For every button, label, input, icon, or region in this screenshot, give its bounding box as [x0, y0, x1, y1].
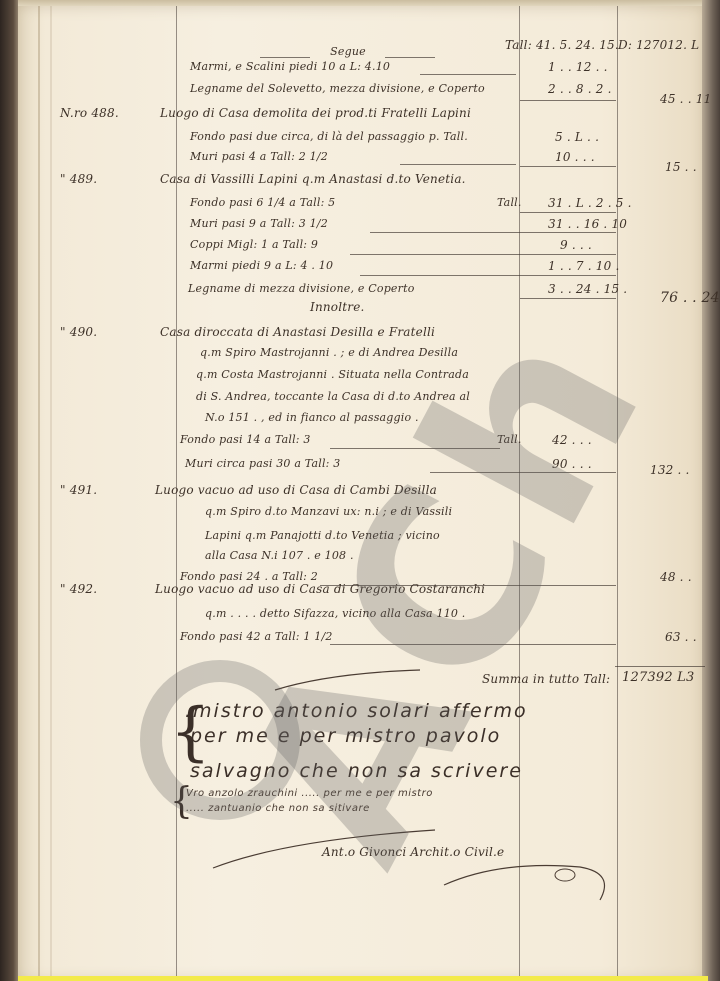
attestation-line: per me e per mistro pavolo	[190, 725, 501, 747]
entry-line: Muri pasi 9 a Tall: 3 1/2	[190, 217, 328, 230]
subtotal-rule	[520, 100, 616, 101]
entry-total: 15 . .	[665, 160, 697, 174]
entry-number: " 492.	[60, 582, 97, 596]
entry-line: Coppi Migl: 1 a Tall: 9	[190, 238, 318, 251]
entry-line: Fondo pasi 42 a Tall: 1 1/2	[180, 630, 333, 643]
carried-amount: Tall: 41. 5. 24. 15.	[505, 38, 619, 52]
entry-number: " 489.	[60, 172, 97, 186]
entry-total: 45 . . 11	[660, 92, 711, 106]
line-amount: 3 . . 24 . 15 .	[548, 282, 627, 296]
architect-signature: Ant.o Givonci Archit.o Civil.e	[322, 845, 504, 859]
entry-line: q.m Spiro d.to Manzavi ux: n.i ; e di Va…	[205, 505, 452, 518]
line-amount: 31 . L . 2 . 5 .	[548, 196, 632, 210]
line-amount: 42 . . .	[552, 433, 592, 447]
line-amount: 9 . . .	[560, 238, 592, 252]
entry-line: Marmi, e Scalini piedi 10 a L: 4.10	[190, 60, 390, 73]
section-heading: Innoltre.	[310, 300, 365, 314]
entry-line: alla Casa N.i 107 . e 108 .	[205, 549, 354, 562]
entry-line: Marmi piedi 9 a L: 4 . 10	[190, 259, 333, 272]
summary-rule	[615, 666, 705, 667]
entry-line: Muri circa pasi 30 a Tall: 3	[185, 457, 340, 470]
fill-rule	[360, 275, 616, 276]
fill-rule	[520, 212, 616, 213]
entry-number: N.ro 488.	[60, 106, 119, 120]
entry-total: 132 . .	[650, 463, 690, 477]
entry-line: Muri pasi 4 a Tall: 2 1/2	[190, 150, 328, 163]
line-amount: 90 . . .	[552, 457, 592, 471]
page-fold-line	[50, 6, 52, 981]
line-amount: 1 . . 12 . .	[548, 60, 608, 74]
entry-total: 63 . .	[665, 630, 697, 644]
subtotal-rule	[520, 298, 616, 299]
line-amount: 31 . . 16 . 10	[548, 217, 627, 231]
entry-total: 76 . . 24	[660, 290, 720, 306]
entry-title: Luogo di Casa demolita dei prod.ti Frate…	[160, 106, 471, 120]
amount-prefix: Tall.	[497, 196, 522, 209]
fill-rule	[430, 472, 616, 473]
entry-number: " 490.	[60, 325, 97, 339]
attestation-line: salvagno che non sa scrivere	[190, 760, 523, 782]
entry-total: 48 . .	[660, 570, 692, 584]
fill-rule	[350, 254, 616, 255]
entry-line: q.m . . . . detto Sifazza, vicino alla C…	[205, 607, 466, 620]
fill-rule	[420, 74, 516, 75]
entry-line: Legname di mezza divisione, e Coperto	[188, 282, 415, 295]
summary-total: 127392 L3	[622, 670, 694, 685]
column-rule-total	[617, 6, 618, 976]
entry-line: N.o 151 . , ed in fianco al passaggio .	[205, 411, 419, 424]
fill-rule	[330, 644, 616, 645]
line-amount: 2 . . 8 . 2 .	[548, 82, 612, 96]
line-amount: 5 . L . .	[555, 130, 599, 144]
segue-rule-right	[385, 57, 435, 58]
line-amount: 10 . . .	[555, 150, 595, 164]
line-amount: 1 . . 7 . 10 .	[548, 259, 619, 273]
entry-title: Luogo vacuo ad uso di Casa di Gregorio C…	[155, 582, 485, 596]
entry-line: Legname del Solevetto, mezza divisione, …	[190, 82, 485, 95]
page-fold-line	[38, 6, 40, 981]
right-edge-shadow	[702, 0, 720, 981]
summary-label: Summa in tutto Tall:	[482, 672, 610, 686]
bottom-highlight-strip	[18, 976, 708, 981]
carried-total: D: 127012. L	[618, 38, 699, 52]
segue-rule-left	[260, 57, 310, 58]
attestation-line-greek: ..... zantuanio che non sa sitivare	[186, 803, 370, 814]
amount-prefix: Tall.	[497, 433, 522, 446]
fill-rule	[400, 164, 516, 165]
fill-rule	[370, 232, 616, 233]
entry-title: Luogo vacuo ad uso di Casa di Cambi Desi…	[155, 483, 437, 497]
segue-heading: Segue	[312, 45, 384, 58]
attestation-line-greek: Vro anzolo zrauchini ..... per me e per …	[186, 788, 433, 799]
entry-number: " 491.	[60, 483, 97, 497]
column-rule-amount	[519, 6, 520, 976]
entry-title: Casa di Vassilli Lapini q.m Anastasi d.t…	[160, 172, 466, 186]
entry-title: Casa diroccata di Anastasi Desilla e Fra…	[160, 325, 435, 339]
entry-line: q.m Spiro Mastrojanni . ; e di Andrea De…	[200, 346, 458, 359]
entry-line: di S. Andrea, toccante la Casa di d.to A…	[196, 390, 470, 403]
attestation-line: .mistro antonio solari affermo	[185, 700, 528, 722]
fill-rule	[330, 448, 500, 449]
entry-line: Lapini q.m Panajotti d.to Venetia ; vici…	[205, 529, 440, 542]
entry-line: q.m Costa Mastrojanni . Situata nella Co…	[196, 368, 469, 381]
entry-line: Fondo pasi 6 1/4 a Tall: 5	[190, 196, 335, 209]
entry-line: Fondo pasi 14 a Tall: 3	[180, 433, 311, 446]
subtotal-rule	[520, 166, 616, 167]
entry-line: Fondo pasi due circa, di là del passaggi…	[190, 130, 468, 143]
